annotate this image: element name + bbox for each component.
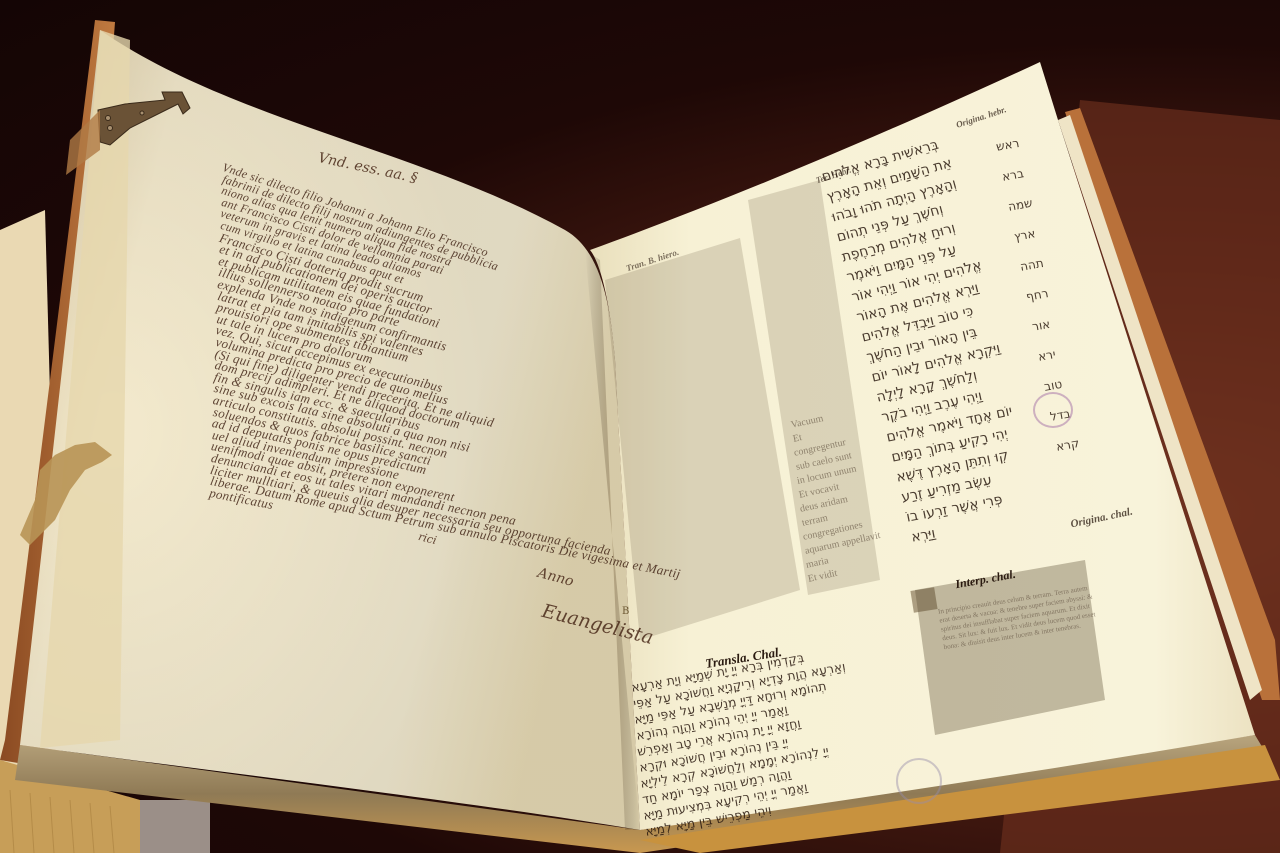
library-stamp-purple bbox=[1033, 392, 1073, 428]
photo-scene: Vnd. ess. aa. § Vnde sic dilecto filio J… bbox=[0, 0, 1280, 853]
page-mark: B bbox=[622, 606, 629, 617]
library-stamp-faded bbox=[896, 758, 942, 804]
text-line: ירא bbox=[1037, 347, 1057, 364]
text-line: Et bbox=[792, 432, 803, 445]
